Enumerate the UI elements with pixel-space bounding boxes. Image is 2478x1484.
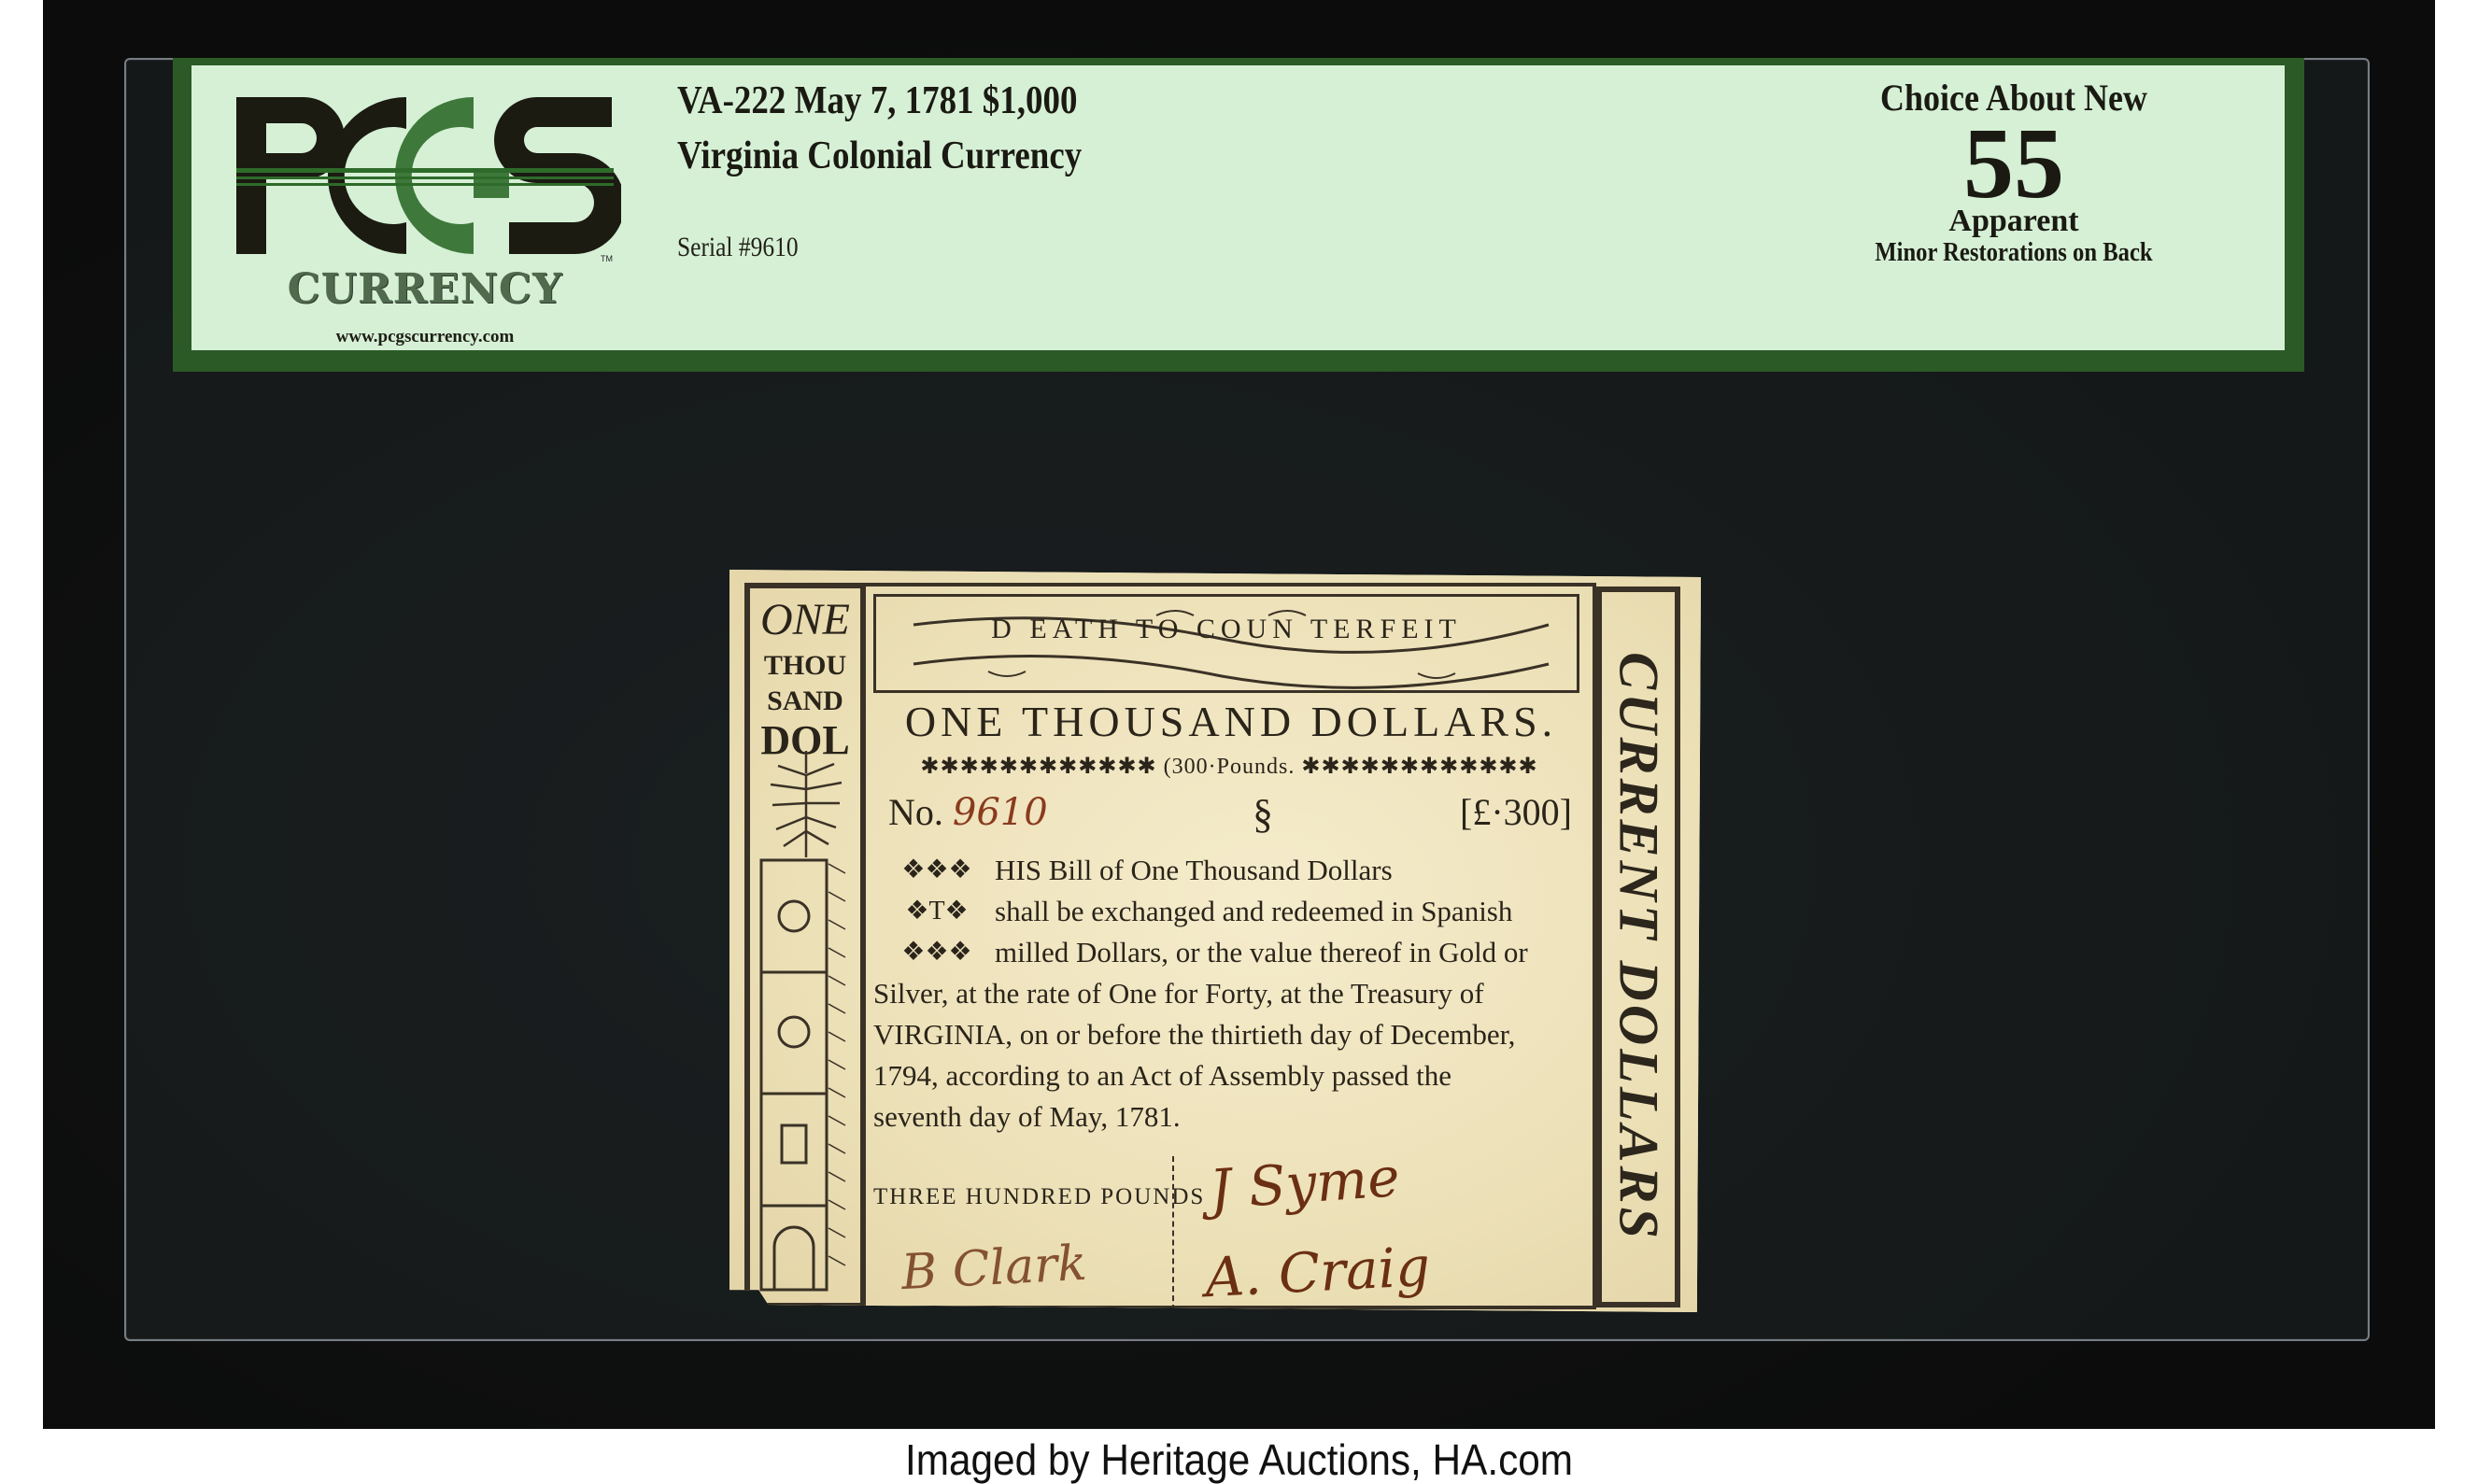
grade-qualifier: Apparent (1799, 205, 2229, 237)
right-column-text: CURRENT DOLLARS (1607, 652, 1671, 1242)
trademark: TM (601, 254, 613, 263)
signature-syme: J Syme (1208, 1145, 1402, 1222)
grade-note: Minor Restorations on Back (1825, 237, 2203, 269)
dropcap-ornament: ❖❖❖❖T❖❖❖❖ (881, 850, 993, 973)
text-line: 1794, according to an Act of Assembly pa… (873, 1055, 1588, 1096)
catalog-title: VA-222 May 7, 1781 $1,000 (677, 78, 1077, 123)
three-hundred-pounds: THREE HUNDRED POUNDS (873, 1184, 1205, 1210)
note-body-text: ❖❖❖❖T❖❖❖❖ HIS Bill of One Thousand Dolla… (873, 850, 1588, 1138)
image-credit-caption: Imaged by Heritage Auctions, HA.com (99, 1435, 2379, 1484)
tower-building-icon (756, 855, 849, 1293)
left-column-thou: THOU (750, 648, 860, 684)
pcgs-logo: TM CURRENCY www.pcgscurrency.com (229, 86, 621, 338)
text-line: VIRGINIA, on or before the thirtieth day… (873, 1014, 1588, 1055)
section-ornament-icon: § (1253, 790, 1273, 838)
text-line: seventh day of May, 1781. (873, 1096, 1588, 1138)
number-label: No. (888, 791, 943, 833)
left-border-column: ONE THOU SAND DOL (744, 583, 866, 1308)
number-row: No. 9610 § [£·300] (888, 790, 1579, 834)
grade-description: Choice About New (1820, 77, 2207, 120)
logo-url: www.pcgscurrency.com (229, 327, 621, 347)
currency-type: Virginia Colonial Currency (677, 134, 1082, 178)
grade-number: 55 (1799, 123, 2229, 205)
label-inner: TM CURRENCY www.pcgscurrency.com VA-222 … (191, 65, 2285, 350)
motto-text: D EATH TO COUN TERFEIT (876, 614, 1577, 645)
left-column-sand: SAND (750, 684, 860, 719)
star-ornament-row: ✱✱✱✱✱✱✱✱✱✱✱✱ (300·Pounds. ✱✱✱✱✱✱✱✱✱✱✱✱ (870, 753, 1589, 780)
denomination-heading: ONE THOUSAND DOLLARS. (871, 697, 1591, 746)
handwritten-serial: 9610 (953, 791, 1048, 834)
main-text-frame: D EATH TO COUN TERFEIT ONE THOUSAND DOLL… (860, 583, 1596, 1309)
signature-craig: A. Craig (1203, 1235, 1431, 1310)
pcgs-label: TM CURRENCY www.pcgscurrency.com VA-222 … (173, 58, 2304, 372)
pcgs-logo-icon (229, 86, 621, 263)
ornament-divider (1172, 1156, 1176, 1310)
motto-banner: D EATH TO COUN TERFEIT (873, 594, 1579, 693)
palm-tree-icon (759, 747, 853, 859)
signature-clark: B Clark (900, 1236, 1088, 1301)
pound-amount: [£·300] (1460, 790, 1572, 834)
left-column-one: ONE (750, 594, 860, 645)
text-line: Silver, at the rate of One for Forty, at… (873, 973, 1588, 1014)
right-border-column: CURRENT DOLLARS (1596, 587, 1680, 1307)
banknote: ONE THOU SAND DOL (729, 570, 1701, 1312)
grade-block: Choice About New 55 Apparent Minor Resto… (1799, 77, 2229, 269)
left-column-thousand: THOU SAND DOL (750, 648, 860, 762)
serial-number: Serial #9610 (677, 232, 799, 263)
logo-currency-text: CURRENCY (229, 265, 621, 313)
